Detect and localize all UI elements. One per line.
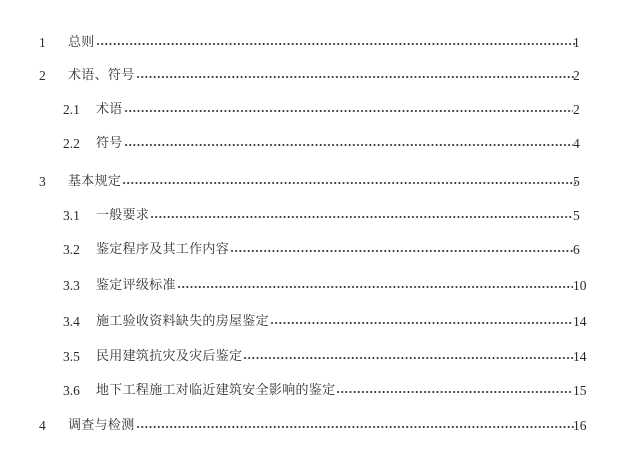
toc-entry-2[interactable]: 2 术语、符号 2: [0, 64, 617, 88]
toc-entry-title: 基本规定: [68, 170, 121, 194]
toc-entry-title-wrap: 术语: [96, 98, 577, 122]
toc-entry-3-5[interactable]: 3.5 民用建筑抗灾及灾后鉴定 14: [0, 345, 617, 369]
toc-entry-number: 2.1: [63, 98, 80, 122]
toc-entry-2-1[interactable]: 2.1 术语 2: [0, 98, 617, 122]
toc-entry-title: 术语、符号: [68, 64, 135, 88]
toc-entry-number: 3.6: [63, 379, 80, 403]
toc-entry-page: 2: [573, 64, 580, 88]
toc-entry-title: 总则: [68, 31, 95, 55]
toc-entry-2-2[interactable]: 2.2 符号 4: [0, 132, 617, 156]
dot-leader: [96, 43, 576, 45]
dot-leader: [124, 144, 573, 146]
toc-entry-title: 调查与检测: [68, 414, 135, 438]
toc-entry-4[interactable]: 4 调查与检测 16: [0, 414, 617, 438]
dot-leader: [122, 182, 576, 184]
toc-entry-number: 3.4: [63, 310, 80, 334]
dot-leader: [243, 357, 573, 359]
toc-entry-title: 施工验收资料缺失的房屋鉴定: [96, 310, 269, 334]
table-of-contents: 1 总则 1 2 术语、符号 2 2.1 术语 2 2.2 符号 4 3: [0, 0, 617, 450]
toc-entry-number: 3.1: [63, 204, 80, 228]
toc-entry-3-4[interactable]: 3.4 施工验收资料缺失的房屋鉴定 14: [0, 310, 617, 334]
toc-entry-title-wrap: 符号: [96, 132, 577, 156]
toc-entry-title-wrap: 施工验收资料缺失的房屋鉴定: [96, 310, 577, 334]
toc-entry-page: 14: [573, 310, 587, 334]
toc-entry-3-3[interactable]: 3.3 鉴定评级标准 10: [0, 274, 617, 298]
toc-entry-3-1[interactable]: 3.1 一般要求 5: [0, 204, 617, 228]
toc-entry-title-wrap: 鉴定评级标准: [96, 274, 577, 298]
toc-entry-number: 4: [39, 414, 46, 438]
dot-leader: [177, 286, 573, 288]
toc-entry-title-wrap: 鉴定程序及其工作内容: [96, 238, 577, 262]
toc-entry-title-wrap: 地下工程施工对临近建筑安全影响的鉴定: [96, 379, 577, 403]
toc-entry-title-wrap: 术语、符号: [68, 64, 580, 88]
dot-leader: [136, 76, 576, 78]
toc-entry-number: 3.5: [63, 345, 80, 369]
toc-entry-title: 鉴定程序及其工作内容: [96, 238, 229, 262]
toc-entry-title-wrap: 一般要求: [96, 204, 577, 228]
toc-entry-page: 16: [573, 414, 587, 438]
dot-leader: [230, 250, 573, 252]
toc-entry-page: 4: [573, 132, 580, 156]
toc-entry-page: 5: [573, 170, 580, 194]
toc-entry-1[interactable]: 1 总则 1: [0, 31, 617, 55]
toc-entry-3[interactable]: 3 基本规定 5: [0, 170, 617, 194]
toc-entry-page: 6: [573, 238, 580, 262]
toc-entry-title-wrap: 民用建筑抗灾及灾后鉴定: [96, 345, 577, 369]
toc-entry-title: 符号: [96, 132, 123, 156]
toc-entry-title-wrap: 调查与检测: [68, 414, 580, 438]
toc-entry-title-wrap: 基本规定: [68, 170, 580, 194]
toc-entry-number: 2.2: [63, 132, 80, 156]
toc-entry-number: 3.3: [63, 274, 80, 298]
toc-entry-page: 1: [573, 31, 580, 55]
toc-entry-title: 一般要求: [96, 204, 149, 228]
toc-entry-title-wrap: 总则: [68, 31, 580, 55]
toc-entry-page: 15: [573, 379, 587, 403]
toc-entry-title: 地下工程施工对临近建筑安全影响的鉴定: [96, 379, 335, 403]
dot-leader: [270, 322, 573, 324]
dot-leader: [336, 391, 573, 393]
toc-entry-number: 1: [39, 31, 46, 55]
dot-leader: [136, 426, 576, 428]
toc-entry-3-6[interactable]: 3.6 地下工程施工对临近建筑安全影响的鉴定 15: [0, 379, 617, 403]
toc-entry-title: 民用建筑抗灾及灾后鉴定: [96, 345, 242, 369]
toc-entry-page: 5: [573, 204, 580, 228]
toc-entry-page: 2: [573, 98, 580, 122]
dot-leader: [124, 110, 573, 112]
dot-leader: [150, 216, 573, 218]
toc-entry-title: 鉴定评级标准: [96, 274, 176, 298]
toc-entry-number: 3.2: [63, 238, 80, 262]
toc-entry-page: 10: [573, 274, 587, 298]
toc-entry-title: 术语: [96, 98, 123, 122]
toc-entry-3-2[interactable]: 3.2 鉴定程序及其工作内容 6: [0, 238, 617, 262]
toc-entry-page: 14: [573, 345, 587, 369]
toc-entry-number: 2: [39, 64, 46, 88]
toc-entry-number: 3: [39, 170, 46, 194]
